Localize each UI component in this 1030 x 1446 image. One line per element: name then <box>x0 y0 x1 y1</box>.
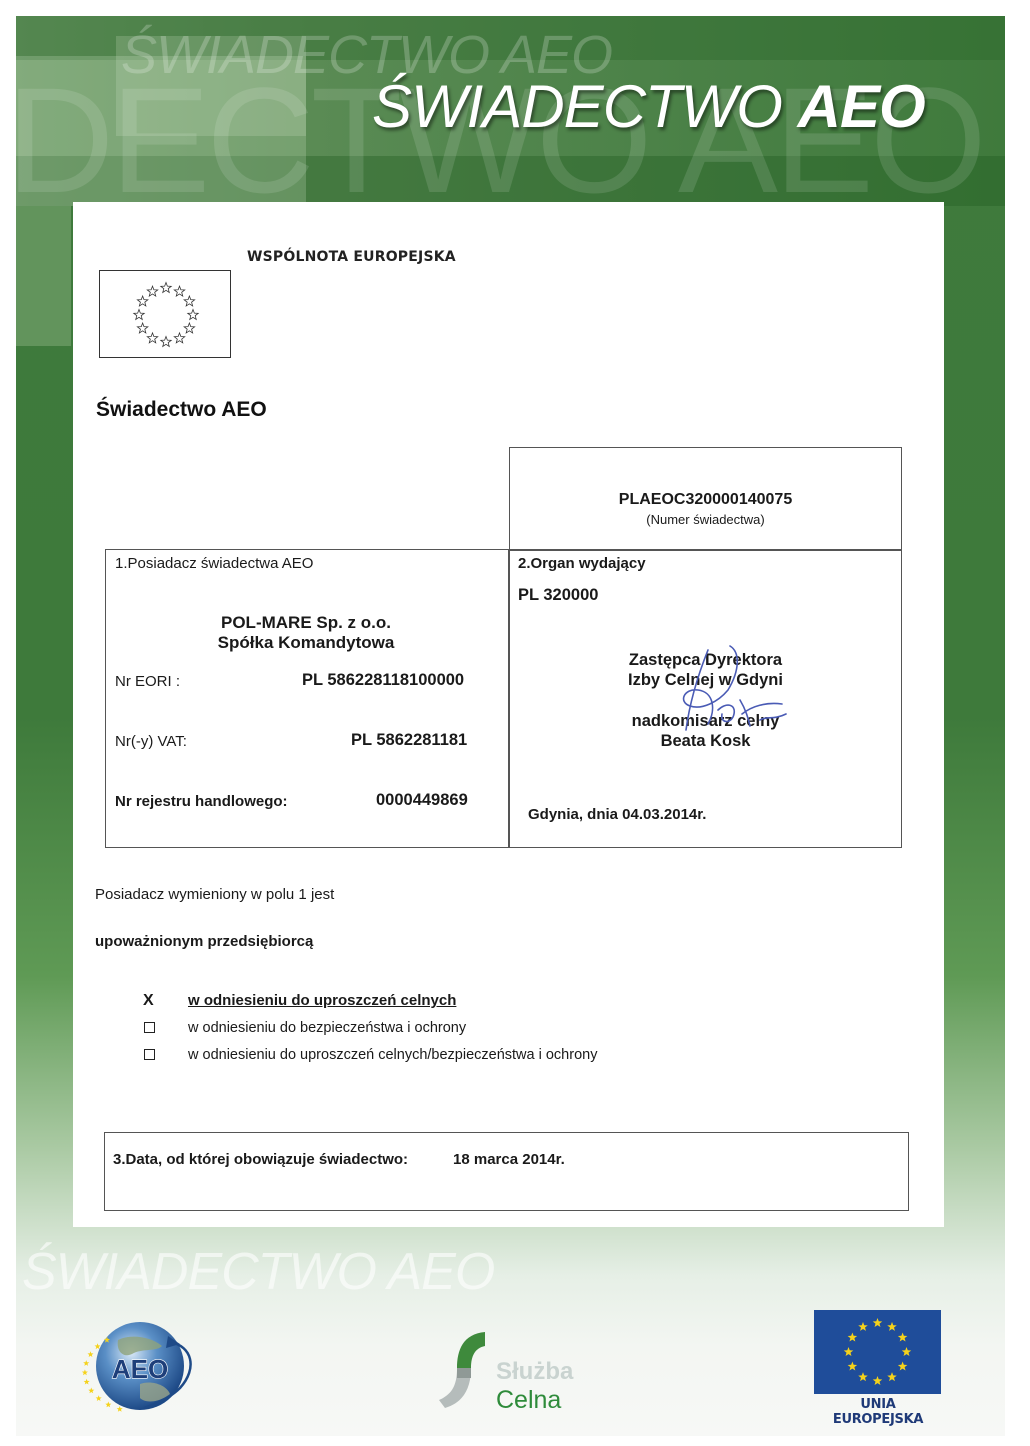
issuer-code: PL 320000 <box>518 586 598 605</box>
validity-box <box>104 1132 909 1211</box>
svg-text:AEO: AEO <box>112 1354 168 1384</box>
customs-logo-line1: Służba <box>496 1358 573 1386</box>
certificate-number-label: (Numer świadectwa) <box>510 512 901 527</box>
option-combined: w odniesieniu do uproszczeń celnych/bezp… <box>188 1047 597 1063</box>
option-checkbox-security[interactable] <box>144 1022 155 1033</box>
eori-label: Nr EORI : <box>115 673 180 690</box>
register-value: 0000449869 <box>376 791 468 810</box>
certificate-number-box: PLAEOC320000140075 (Numer świadectwa) <box>509 447 902 551</box>
vat-label: Nr(-y) VAT: <box>115 733 187 750</box>
holder-section-label: 1.Posiadacz świadectwa AEO <box>115 555 313 572</box>
statement-line1: Posiadacz wymieniony w polu 1 jest <box>95 886 334 903</box>
document-heading: Świadectwo AEO <box>96 398 267 422</box>
option-checked-mark[interactable]: X <box>143 992 154 1010</box>
option-customs-simplifications: w odniesieniu do uproszczeń celnych <box>188 992 456 1009</box>
eu-flag-icon <box>814 1310 941 1394</box>
eori-value: PL 586228118100000 <box>302 671 464 690</box>
issuer-section-label: 2.Organ wydający <box>518 555 646 572</box>
header-title: ŚWIADECTWO AEO <box>372 72 925 141</box>
community-label: WSPÓLNOTA EUROPEJSKA <box>247 249 456 265</box>
customs-logo-line2: Celna <box>496 1386 561 1415</box>
holder-company-line1: POL-MARE Sp. z o.o. <box>105 613 507 633</box>
register-label: Nr rejestru handlowego: <box>115 793 288 810</box>
header-title-regular: ŚWIADECTWO <box>372 73 782 140</box>
column-divider <box>508 550 510 847</box>
option-security: w odniesieniu do bezpieczeństwa i ochron… <box>188 1020 466 1036</box>
customs-service-logo-icon <box>435 1330 495 1412</box>
validity-label: 3.Data, od której obowiązuje świadectwo: <box>113 1151 408 1168</box>
background-decoration <box>16 206 71 346</box>
eu-flag-outline-icon <box>99 270 231 358</box>
signature-icon <box>590 640 810 750</box>
issue-place-date: Gdynia, dnia 04.03.2014r. <box>528 806 706 823</box>
option-checkbox-combined[interactable] <box>144 1049 155 1060</box>
statement-line2: upoważnionym przedsiębiorcą <box>95 933 313 950</box>
certificate-number: PLAEOC320000140075 <box>510 491 901 509</box>
vat-value: PL 5862281181 <box>351 731 467 750</box>
footer-ghost-text: ŚWIADECTWO AEO <box>22 1242 494 1302</box>
aeo-globe-logo-icon: AEO <box>70 1318 210 1418</box>
eu-label: UNIA EUROPEJSKA <box>814 1397 942 1427</box>
header-title-bold: AEO <box>798 73 925 140</box>
validity-value: 18 marca 2014r. <box>453 1151 565 1168</box>
holder-company-line2: Spółka Komandytowa <box>105 633 507 653</box>
